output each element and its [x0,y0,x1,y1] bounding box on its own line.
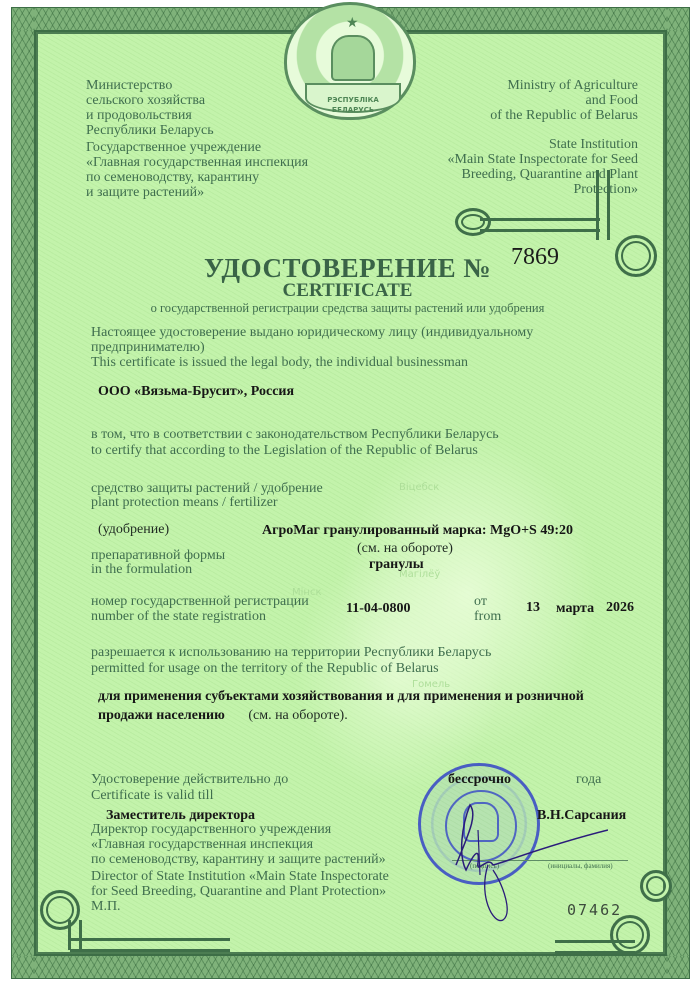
holder-name: ООО «Вязьма-Брусит», Россия [98,384,294,399]
registration-label-en: number of the state registration [91,609,266,624]
issuer-en: Ministry of Agriculture and Food of the … [448,78,639,197]
from-label-ru: от [474,594,487,609]
signatory-en: Director of State Institution «Main Stat… [91,869,389,914]
registration-label-ru: номер государственной регистрации [91,594,309,609]
usage-scope: для применения субъектами хозяйствования… [98,689,584,704]
belarus-coat-of-arms-icon [331,35,375,81]
signature-line [452,860,628,861]
seal-emblem-icon [463,802,499,842]
certificate-subtitle: о государственной регистрации средства з… [0,301,695,316]
star-icon: ★ [346,15,359,32]
emblem-ribbon: РЭСПУБЛІКА БЕЛАРУСЬ [305,83,401,113]
from-label-en: from [474,609,501,624]
signature-caption: (подпись) [470,862,499,870]
validity-year-word: года [576,772,601,787]
usage-en: permitted for usage on the territory of … [91,661,439,676]
registration-month: марта [556,601,594,616]
signatory-title: Заместитель директора [106,808,255,823]
issuer-ru: Министерство сельского хозяйства и продо… [86,78,308,200]
issued-label-ru: Настоящее удостоверение выдано юридическ… [91,325,533,355]
map-label-vitebsk: Віцебск [399,482,439,493]
product-label-ru: средство защиты растений / удобрение [91,481,323,496]
validity-value: бессрочно [448,772,511,787]
issued-label-en: This certificate is issued the legal bod… [91,355,468,370]
product-type: (удобрение) [98,522,169,537]
certificate-number: 7869 [511,244,559,271]
certify-en: to certify that according to the Legisla… [91,443,478,458]
registration-number: 11-04-0800 [346,601,411,616]
formulation-label-ru: препаративной формы [91,548,225,563]
registration-day: 13 [526,600,540,615]
product-label-en: plant protection means / fertilizer [91,495,278,510]
name-caption: (инициалы, фамилия) [548,862,613,870]
formulation-value: гранулы [369,557,424,572]
usage-scope-line2: продажи населению (см. на обороте). [98,708,348,723]
formulation-label-en: in the formulation [91,562,192,577]
signatory-name: В.Н.Сарсания [537,808,626,823]
certificate-title-en: CERTIFICATE [0,280,695,302]
usage-ru: разрешается к использованию на территори… [91,645,491,660]
signatory-ru: Директор государственного учреждения «Гл… [91,822,386,867]
validity-label-en: Certificate is valid till [91,788,213,803]
registration-year: 2026 [606,600,634,615]
validity-label-ru: Удостоверение действительно до [91,772,288,787]
certify-ru: в том, что в соответствии с законодатель… [91,427,499,442]
serial-number: 07462 [567,901,622,919]
product-note: (см. на обороте) [357,541,453,556]
product-name: АгроМаг гранулированный марка: MgO+S 49:… [262,523,573,538]
